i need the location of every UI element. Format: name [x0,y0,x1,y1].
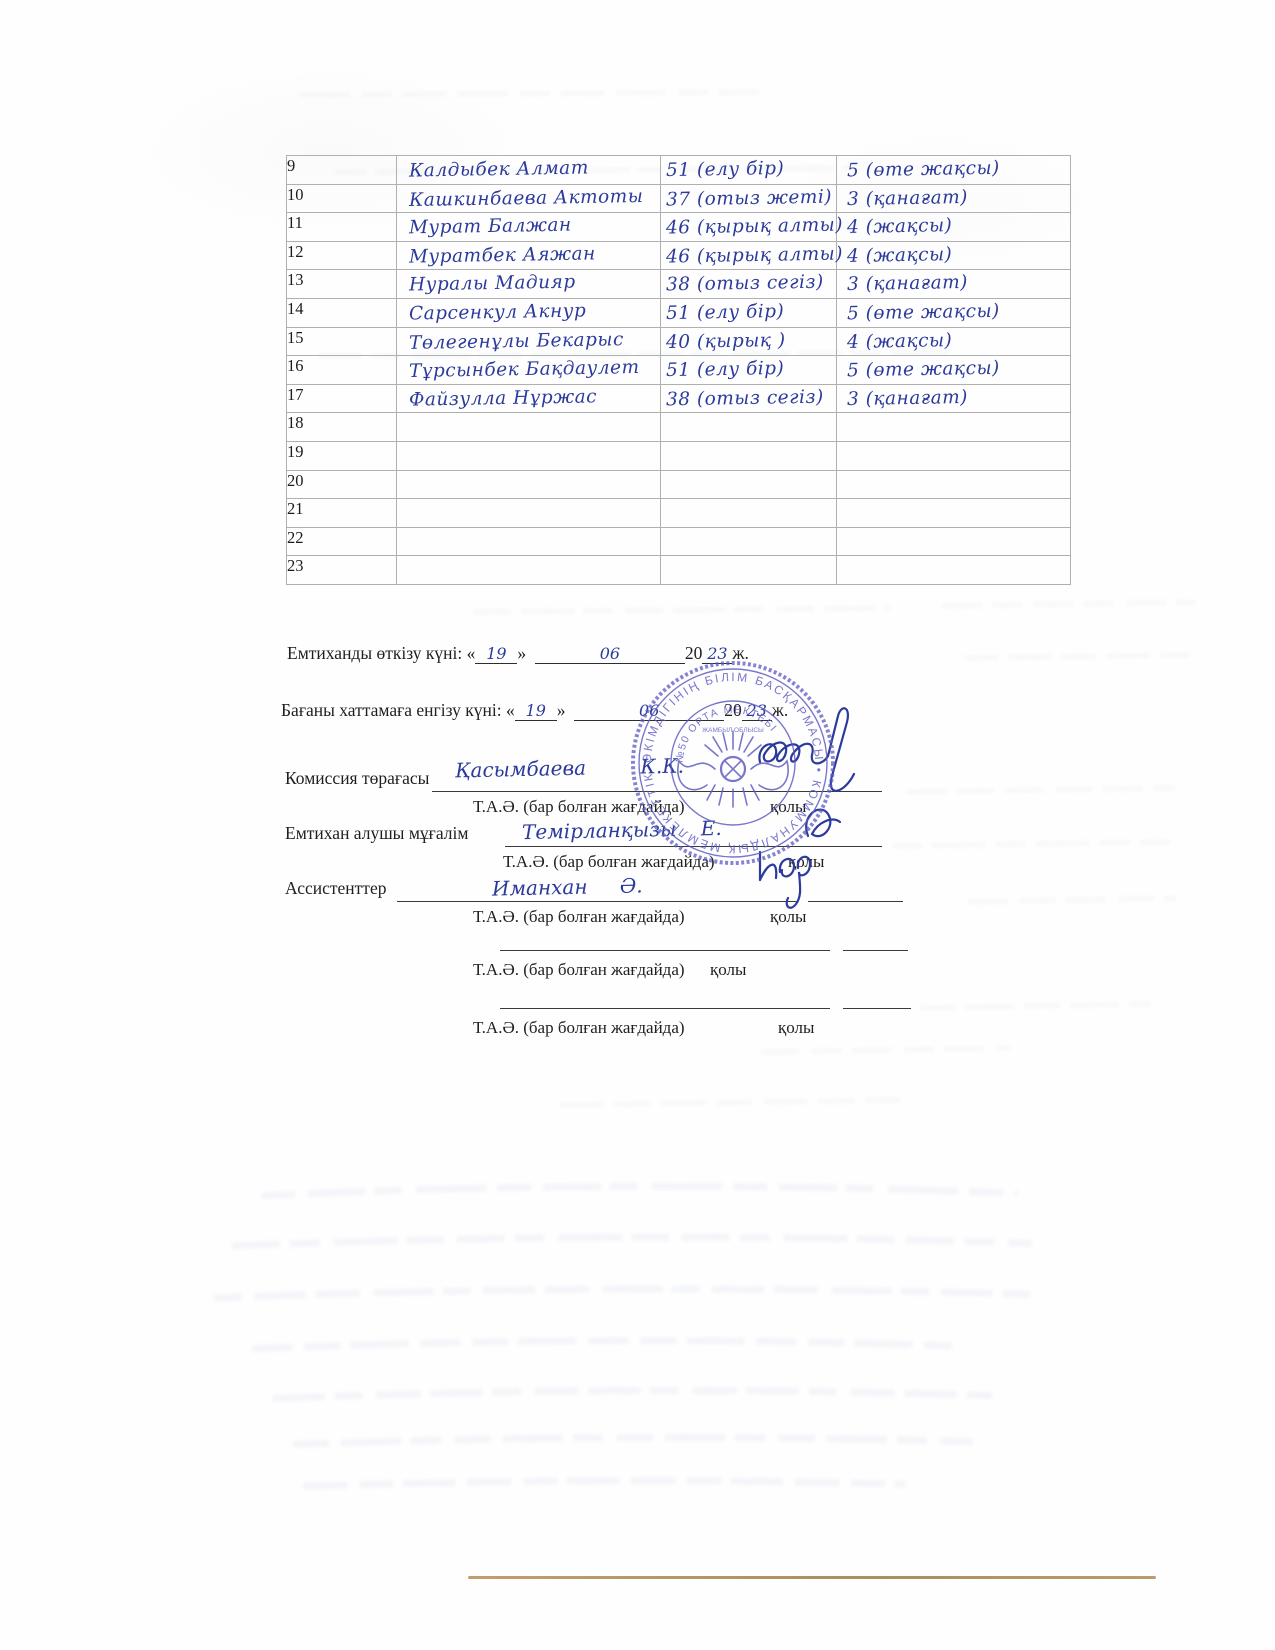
grade-cell: 4 (жақсы) [837,213,1071,242]
handwritten-grade: 4 (жақсы) [847,215,953,238]
score-cell [661,556,837,585]
name-cell: Кашкинбаева Актоты [397,184,661,213]
table-row: 20 [287,470,1071,499]
page-edge [468,1576,1156,1579]
row-number-cell: 14 [287,298,397,327]
score-cell: 40 (қырық ) [661,327,837,356]
name-cell: Тұрсынбек Бақдаулет [397,356,661,385]
grade-cell: 5 (өте жақсы) [837,156,1071,185]
score-cell [661,413,837,442]
fio-label-5: Т.А.Ә. (бар болған жағдайда) [473,1018,685,1038]
table-row: 12Муратбек Аяжан46 (қырық алты)4 (жақсы) [287,241,1071,270]
score-cell: 38 (отыз сегіз) [661,384,837,413]
handwritten-score: 38 (отыз сегіз) [666,272,824,296]
handwritten-name: Кашкинбаева Актоты [409,186,644,211]
table-row: 11Мурат Балжан46 (қырық алты)4 (жақсы) [287,213,1071,242]
row-number-cell: 19 [287,441,397,470]
assistant-sign-line [808,901,903,902]
handwritten-grade: 3 (қанағат) [847,387,968,410]
handwritten-name: Төлегенұлы Бекарыс [409,329,624,354]
handwritten-grade: 4 (жақсы) [847,244,953,267]
row-number-cell: 9 [287,156,397,185]
table-row: 23 [287,556,1071,585]
grade-cell [837,556,1071,585]
row-number-cell: 15 [287,327,397,356]
row-number-cell: 16 [287,356,397,385]
score-cell: 46 (қырық алты) [661,213,837,242]
stamp-outer-ring [633,663,833,863]
handwritten-name: Файзулла Нұржас [409,386,597,410]
assistant-role-label: Ассистенттер [285,878,386,899]
name-cell [397,499,661,528]
row-number-cell: 17 [287,384,397,413]
handwritten-name: Сарсенкул Акнур [409,300,587,324]
assistant-signature-line [397,901,797,902]
table-row: 16Тұрсынбек Бақдаулет51 (елу бір)5 (өте … [287,356,1071,385]
name-cell: Мурат Балжан [397,213,661,242]
row-number-cell: 23 [287,556,397,585]
row-number-cell: 13 [287,270,397,299]
handwritten-grade: 3 (қанағат) [847,272,968,295]
sign-label-4: қолы [710,960,746,980]
scan-page: 9Калдыбек Алмат51 (елу бір)5 (өте жақсы)… [0,0,1275,1650]
stamp-mid-ring [639,669,827,857]
blank-sign-line [843,1008,911,1009]
score-cell: 51 (елу бір) [661,298,837,327]
name-cell: Сарсенкул Акнур [397,298,661,327]
score-cell: 51 (елу бір) [661,356,837,385]
handwritten-score: 38 (отыз сегіз) [666,386,824,410]
grade-cell [837,499,1071,528]
score-cell: 46 (қырық алты) [661,241,837,270]
marks-table-body: 9Калдыбек Алмат51 (елу бір)5 (өте жақсы)… [287,156,1071,585]
score-cell [661,470,837,499]
table-row: 18 [287,413,1071,442]
protocol-day-field: 19 [515,701,557,721]
grade-cell: 5 (өте жақсы) [837,356,1071,385]
name-cell: Калдыбек Алмат [397,156,661,185]
grade-cell: 5 (өте жақсы) [837,298,1071,327]
handwritten-score: 51 (елу бір) [666,358,785,381]
table-row: 21 [287,499,1071,528]
name-cell [397,556,661,585]
table-row: 22 [287,527,1071,556]
grade-cell [837,413,1071,442]
row-number-cell: 12 [287,241,397,270]
handwritten-grade: 3 (қанағат) [847,187,968,210]
table-row: 14Сарсенкул Акнур51 (елу бір)5 (өте жақс… [287,298,1071,327]
name-cell [397,527,661,556]
handwritten-score: 40 (қырық ) [666,330,786,353]
protocol-date-label: Бағаны хаттамаға енгізу күні: [281,700,502,721]
blank-signature-line [500,1008,830,1009]
chairman-role-label: Комиссия төрағасы [285,768,429,789]
fio-label-3: Т.А.Ә. (бар болған жағдайда) [473,907,685,927]
name-cell: Муратбек Аяжан [397,241,661,270]
handwritten-score: 51 (елу бір) [666,301,785,324]
handwritten-score: 46 (қырық алты) [666,215,843,239]
quote-close: » [557,700,566,721]
table-row: 10Кашкинбаева Актоты37 (отыз жеті)3 (қан… [287,184,1071,213]
row-number-cell: 21 [287,499,397,528]
handwritten-grade: 5 (өте жақсы) [847,358,1000,382]
score-cell [661,527,837,556]
table-row: 19 [287,441,1071,470]
marks-table: 9Калдыбек Алмат51 (елу бір)5 (өте жақсы)… [286,155,1071,585]
handwritten-score: 51 (елу бір) [666,158,785,181]
grade-cell: 4 (жақсы) [837,241,1071,270]
quote-open: « [467,643,476,664]
grade-cell [837,527,1071,556]
handwritten-name: Мурат Балжан [409,215,572,239]
official-stamp: ӘКІМДІГІНІҢ БІЛІМ БАСҚАРМАСЫ • КОММУНАЛД… [627,657,839,869]
exam-day-field: 19 [475,644,517,664]
name-cell: Файзулла Нұржас [397,384,661,413]
quote-open: « [506,700,515,721]
teacher-role-label: Емтихан алушы мұғалім [285,823,468,844]
score-cell: 38 (отыз сегіз) [661,270,837,299]
name-cell [397,441,661,470]
handwritten-grade: 4 (жақсы) [847,330,953,353]
row-number-cell: 22 [287,527,397,556]
handwritten-score: 46 (қырық алты) [666,243,843,267]
handwritten-grade: 5 (өте жақсы) [847,158,1000,182]
handwritten-name: Нуралы Мадияр [409,272,576,296]
exam-date-label: Емтиханды өткізу күні: [287,643,462,664]
score-cell: 37 (отыз жеті) [661,184,837,213]
score-cell: 51 (елу бір) [661,156,837,185]
name-cell [397,470,661,499]
grade-cell: 3 (қанағат) [837,384,1071,413]
handwritten-score: 37 (отыз жеті) [666,186,832,210]
quote-close: » [517,643,526,664]
table-row: 9Калдыбек Алмат51 (елу бір)5 (өте жақсы) [287,156,1071,185]
grade-cell: 3 (қанағат) [837,270,1071,299]
table-row: 17Файзулла Нұржас38 (отыз сегіз)3 (қанағ… [287,384,1071,413]
score-cell [661,499,837,528]
row-number-cell: 18 [287,413,397,442]
name-cell: Нуралы Мадияр [397,270,661,299]
handwritten-name: Калдыбек Алмат [409,157,589,181]
grade-cell [837,441,1071,470]
row-number-cell: 11 [287,213,397,242]
blank-signature-line [500,950,830,951]
fio-label-4: Т.А.Ә. (бар болған жағдайда) [473,960,685,980]
grade-cell [837,470,1071,499]
handwritten-grade: 5 (өте жақсы) [847,301,1000,325]
name-cell: Төлегенұлы Бекарыс [397,327,661,356]
blank-sign-line [843,950,908,951]
grade-cell: 3 (қанағат) [837,184,1071,213]
table-row: 13Нуралы Мадияр38 (отыз сегіз)3 (қанағат… [287,270,1071,299]
handwritten-name: Тұрсынбек Бақдаулет [409,357,640,382]
grade-cell: 4 (жақсы) [837,327,1071,356]
row-number-cell: 20 [287,470,397,499]
table-row: 15Төлегенұлы Бекарыс40 (қырық )4 (жақсы) [287,327,1071,356]
sign-label-5: қолы [778,1018,814,1038]
assistant-handwritten-name: Иманхан Ә. [492,873,643,900]
score-cell [661,441,837,470]
handwritten-name: Муратбек Аяжан [409,243,596,267]
stamp-coat-of-arms [678,731,788,807]
row-number-cell: 10 [287,184,397,213]
name-cell [397,413,661,442]
